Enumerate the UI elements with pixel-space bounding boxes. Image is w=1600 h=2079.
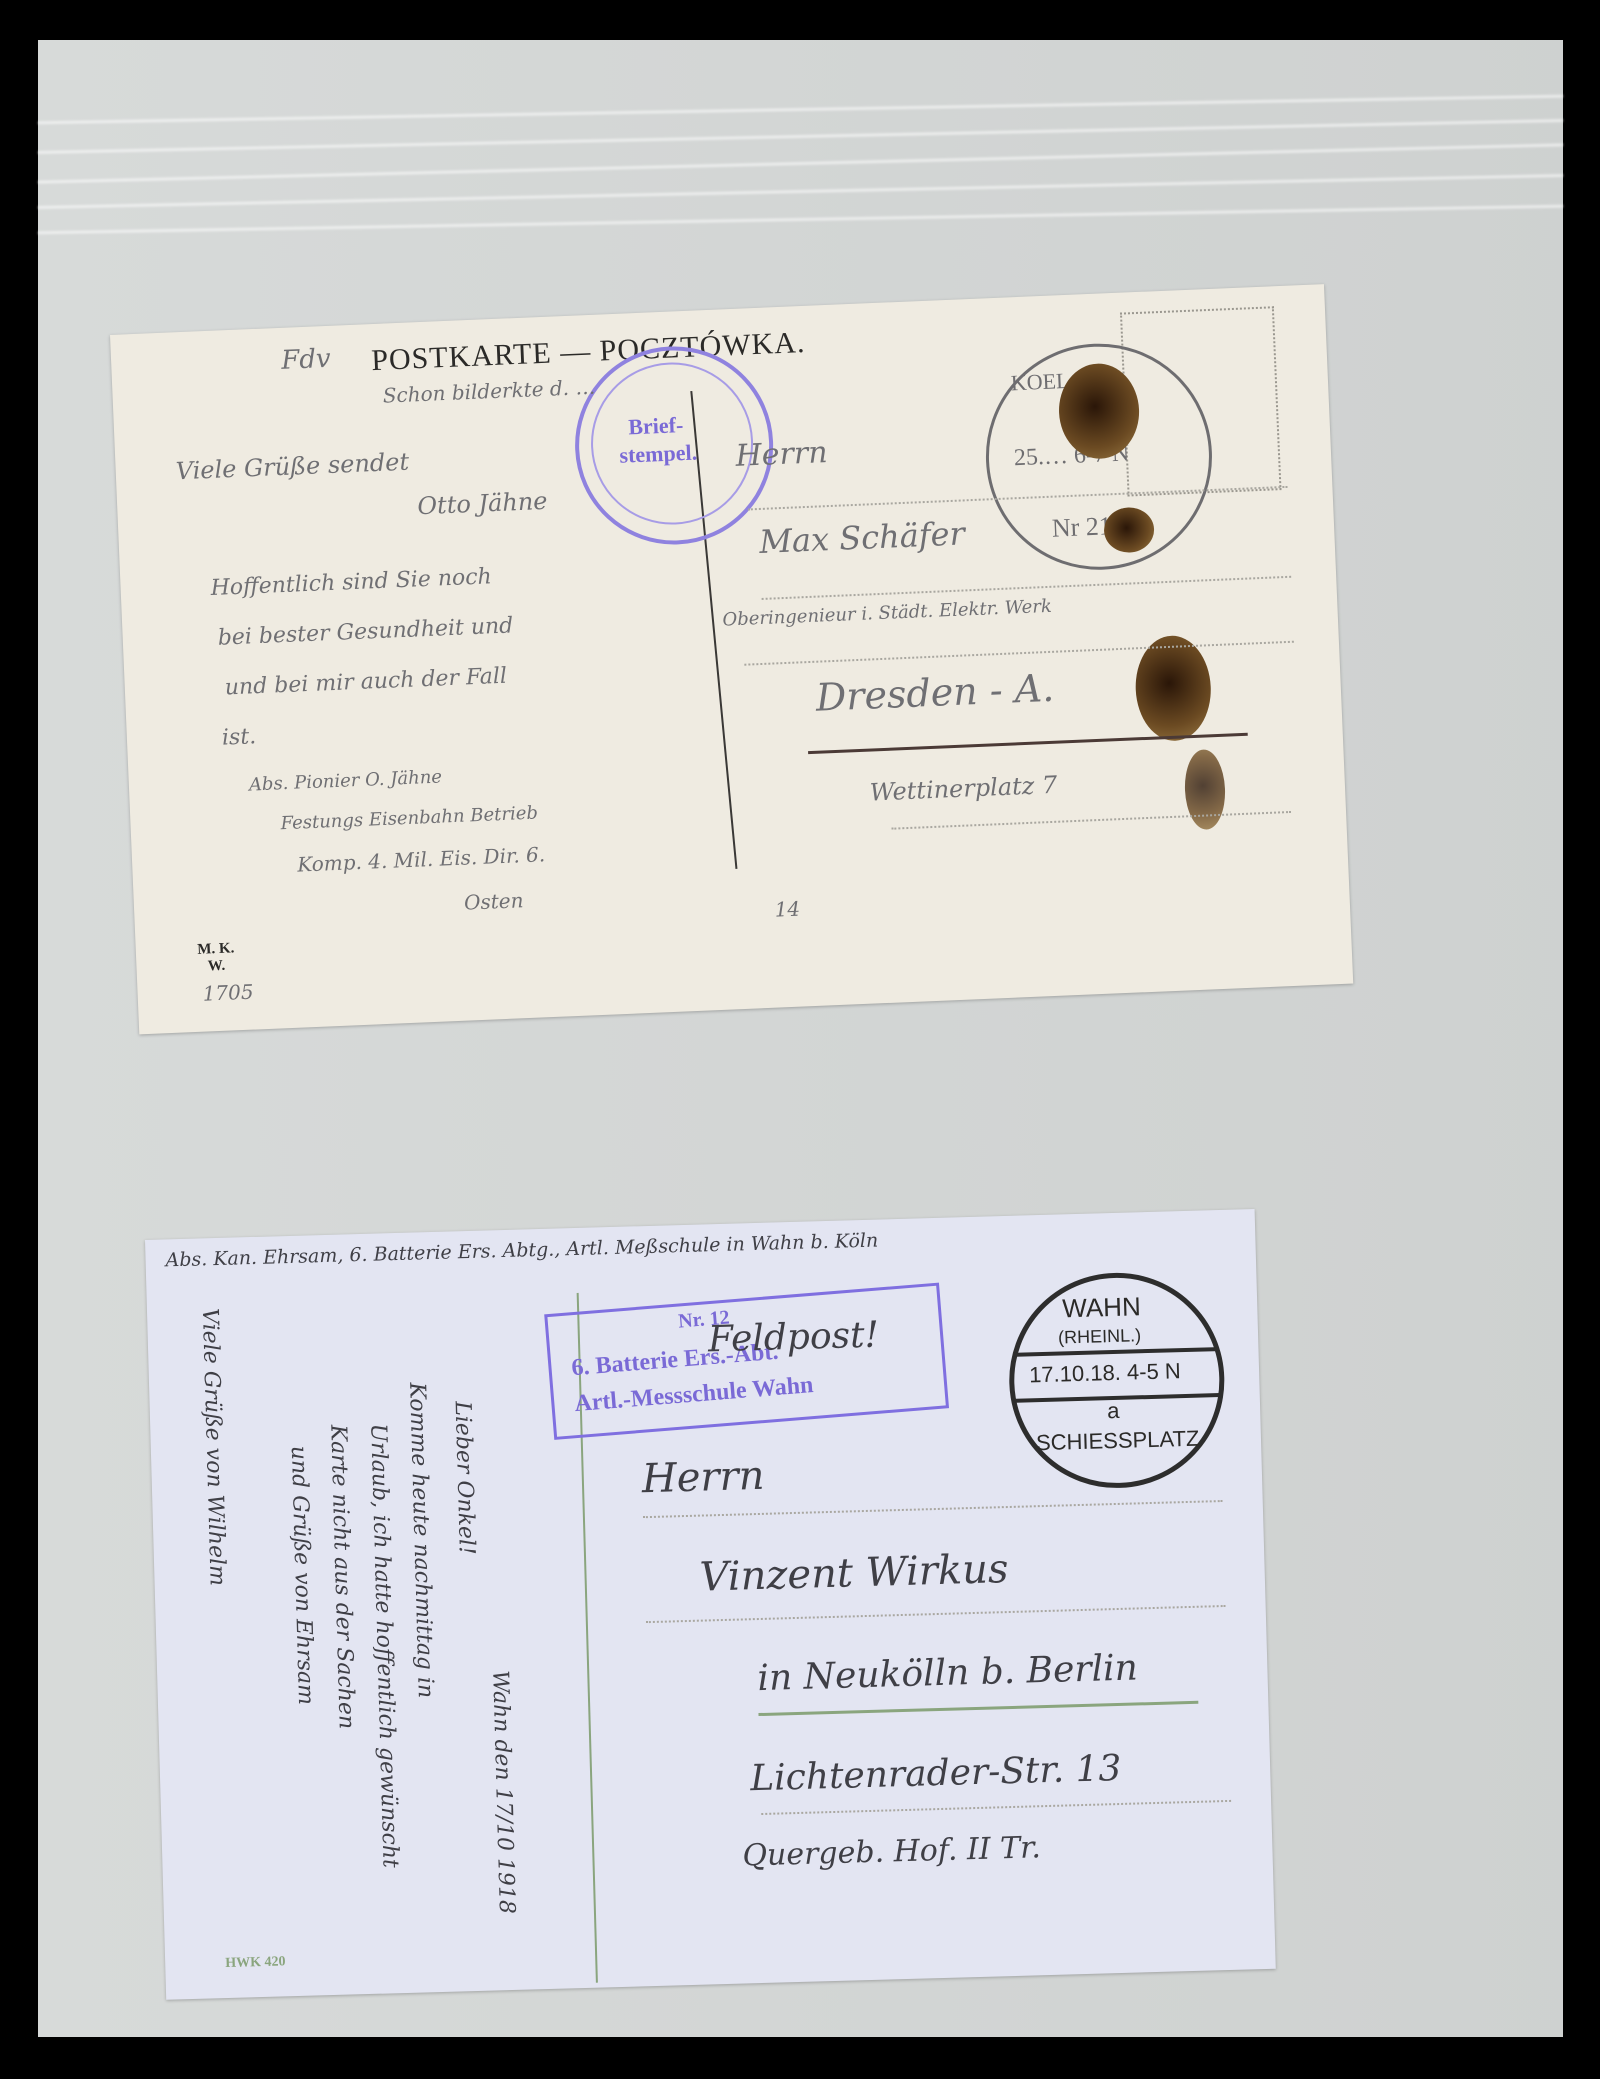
- address-line: Dresden - A.: [815, 666, 1055, 720]
- card2-postmark: WAHN (RHEINL.) 17.10.18. 4-5 N a SCHIESS…: [1006, 1270, 1227, 1491]
- message-line: Abs. Pionier O. Jähne: [249, 766, 443, 795]
- card1-signature-mark: Fdv: [281, 344, 332, 376]
- card2-feldpost-note: Feldpost!: [707, 1315, 879, 1361]
- card2-sender-line: Abs. Kan. Ehrsam, 6. Batterie Ers. Abtg.…: [165, 1230, 878, 1272]
- message-line: Otto Jähne: [417, 487, 548, 520]
- message-line: Osten: [464, 888, 524, 914]
- postcard-2: Abs. Kan. Ehrsam, 6. Batterie Ers. Abtg.…: [145, 1209, 1276, 2000]
- message-line: Komp. 4. Mil. Eis. Dir. 6.: [297, 842, 546, 876]
- message-line: Karte nicht aus der Sachen: [325, 1424, 358, 1729]
- card1-underline: [808, 733, 1248, 754]
- page-ridge: [38, 205, 1563, 235]
- postcard-1: POSTKARTE — POCZTÓWKA. Fdv Brief- stempe…: [110, 284, 1353, 1034]
- message-line: Lieber Onkel!: [450, 1401, 479, 1555]
- message-line: Viele Grüße sendet: [175, 448, 409, 486]
- address-line: Wettinerplatz 7: [869, 771, 1058, 807]
- page-ridge: [38, 95, 1563, 125]
- address-line: Oberingenieur i. Städt. Elektr. Werk: [722, 596, 1052, 631]
- address-line: Herrn: [735, 435, 828, 474]
- card1-margin-note: 14: [774, 897, 800, 922]
- address-line: Max Schäfer: [758, 514, 965, 561]
- stamp-center-line-2: stempel.: [619, 440, 698, 469]
- card1-catalog-note: 1705: [202, 980, 254, 1006]
- message-line: Festungs Eisenbahn Betrieb: [280, 803, 538, 835]
- card2-date: Wahn den 17/10 1918: [487, 1670, 519, 1914]
- message-line: und Grüße von Ehrsam: [286, 1445, 318, 1705]
- message-line: Schon bilderkte d. …: [382, 375, 596, 408]
- address-line: Herrn: [641, 1453, 765, 1502]
- card2-violet-box-stamp: Nr. 12 6. Batterie Ers.-Abt. Artl.-Messs…: [544, 1283, 949, 1440]
- card2-underline: [758, 1701, 1198, 1716]
- message-line: ist.: [221, 724, 256, 750]
- message-line: Urlaub, ich hatte hoffentlich gewünscht: [365, 1423, 402, 1868]
- address-line: Lichtenrader-Str. 13: [750, 1748, 1122, 1799]
- message-line: Hoffentlich sind Sie noch: [210, 564, 492, 601]
- card2-publisher-mark: HWK 420: [225, 1954, 286, 1972]
- stamp-center-line-1: Brief-: [628, 412, 684, 440]
- stain: [1134, 634, 1213, 742]
- page-ridge: [38, 174, 1563, 209]
- page-ridge: [38, 143, 1563, 183]
- message-line: Viele Grüße von Wilhelm: [197, 1308, 230, 1586]
- card1-publisher-mark: M. K.W.: [190, 940, 241, 976]
- stain: [1183, 749, 1226, 831]
- card1-header: POSTKARTE — POCZTÓWKA.: [371, 326, 806, 378]
- message-line: bei bester Gesundheit und: [217, 613, 513, 650]
- message-line: und bei mir auch der Fall: [224, 664, 507, 701]
- address-line: Vinzent Wirkus: [699, 1546, 1009, 1601]
- address-line: in Neukölln b. Berlin: [757, 1647, 1138, 1699]
- address-line: Quergeb. Hof. II Tr.: [742, 1830, 1041, 1873]
- message-line: Komme heute nachmittag in: [404, 1382, 438, 1698]
